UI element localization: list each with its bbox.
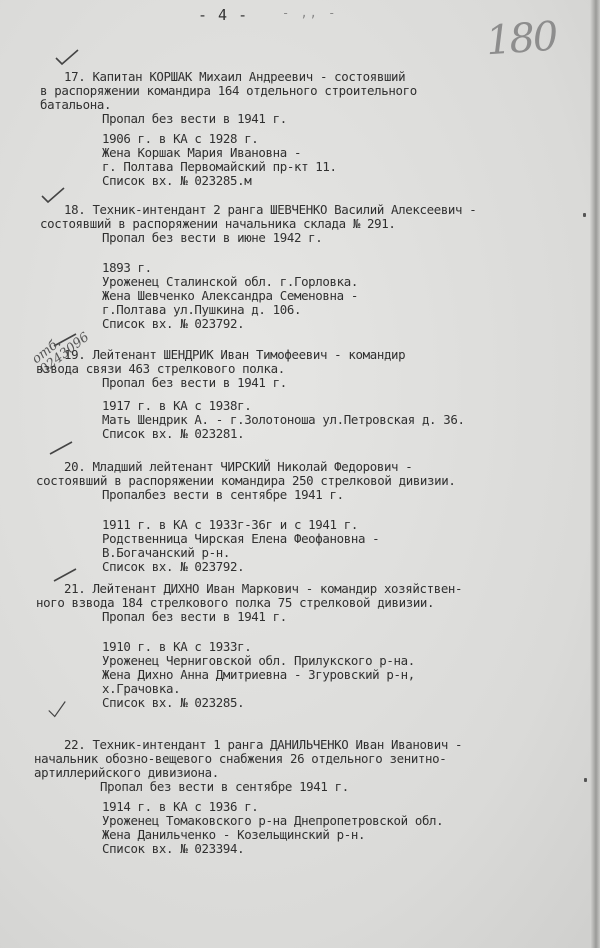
entry-text-line: Пропал без вести в 1941 г. bbox=[102, 112, 287, 126]
entry-detail-line: Список вх. № 023394. bbox=[102, 842, 244, 856]
entry-detail-line: 1917 г. в КА с 1938г. bbox=[102, 399, 251, 413]
entry-heading: 18. Техник-интендант 2 ранга ШЕВЧЕНКО Ва… bbox=[64, 203, 476, 217]
entry-text-line: батальона. bbox=[40, 98, 111, 112]
entry-detail-line: В.Богачанский р-н. bbox=[102, 546, 230, 560]
entry-heading: 19. Лейтенант ШЕНДРИК Иван Тимофеевич - … bbox=[64, 348, 405, 362]
entry-text-line: Пропал без вести в 1941 г. bbox=[102, 376, 287, 390]
entry-text-line: состоявший в распоряжении командира 250 … bbox=[36, 474, 455, 488]
page-number: - 4 - bbox=[198, 6, 248, 24]
entry-detail-line: Список вх. № 023281. bbox=[102, 427, 244, 441]
entry-detail-line: 1914 г. в КА с 1936 г. bbox=[102, 800, 258, 814]
entry-text-line: Пропал без вести в 1941 г. bbox=[102, 610, 287, 624]
entry-text-line: артиллерийского дивизиона. bbox=[34, 766, 219, 780]
entry-heading: 21. Лейтенант ДИХНО Иван Маркович - кома… bbox=[64, 582, 462, 596]
entry-text-line: взвода связи 463 стрелкового полка. bbox=[36, 362, 285, 376]
entry-detail-line: Родственница Чирская Елена Феофановна - bbox=[102, 532, 379, 546]
checkmark-icon bbox=[54, 48, 80, 66]
entry-detail-line: Жена Данильченко - Козельщинский р-н. bbox=[102, 828, 365, 842]
entry-detail-line: Жена Коршак Мария Ивановна - bbox=[102, 146, 301, 160]
entry-text-line: начальник обозно-вещевого снабжения 26 о… bbox=[34, 752, 446, 766]
page-speck bbox=[584, 778, 587, 782]
entry-detail-line: Жена Шевченко Александра Семеновна - bbox=[102, 289, 358, 303]
entry-text-line: Пропал без вести в июне 1942 г. bbox=[102, 231, 322, 245]
entry-detail-line: 1910 г. в КА с 1933г. bbox=[102, 640, 251, 654]
entry-detail-line: 1893 г. bbox=[102, 261, 152, 275]
entry-detail-line: Уроженец Томаковского р-на Днепропетровс… bbox=[102, 814, 443, 828]
handwritten-archive-number: 180 bbox=[484, 14, 557, 65]
checkmark-icon bbox=[44, 700, 70, 718]
entry-detail-line: Жена Дихно Анна Дмитриевна - Згуровский … bbox=[102, 668, 415, 682]
checkmark-icon bbox=[48, 438, 74, 456]
entry-detail-line: х.Грачовка. bbox=[102, 682, 180, 696]
checkmark-icon bbox=[40, 186, 66, 204]
entry-detail-line: 1906 г. в КА с 1928 г. bbox=[102, 132, 258, 146]
entry-heading: 17. Капитан КОРШАК Михаил Андреевич - со… bbox=[64, 70, 405, 84]
entry-detail-line: г.Полтава ул.Пушкина д. 106. bbox=[102, 303, 301, 317]
entry-text-line: в распоряжении командира 164 отдельного … bbox=[40, 84, 417, 98]
entry-text-line: Пропалбез вести в сентябре 1941 г. bbox=[102, 488, 344, 502]
entry-text-line: Пропал без вести в сентябре 1941 г. bbox=[100, 780, 349, 794]
entry-text-line: состоявший в распоряжении начальника скл… bbox=[40, 217, 396, 231]
entry-detail-line: Список вх. № 023285. bbox=[102, 696, 244, 710]
entry-detail-line: Список вх. № 023792. bbox=[102, 560, 244, 574]
page-speck bbox=[583, 213, 586, 217]
entry-heading: 22. Техник-интендант 1 ранга ДАНИЛЬЧЕНКО… bbox=[64, 738, 462, 752]
entry-detail-line: Мать Шендрик А. - г.Золотоноша ул.Петров… bbox=[102, 413, 465, 427]
top-mark: - ,, - bbox=[282, 6, 337, 20]
entry-detail-line: 1911 г. в КА с 1933г-36г и с 1941 г. bbox=[102, 518, 358, 532]
entry-detail-line: Список вх. № 023285.м bbox=[102, 174, 251, 188]
entry-detail-line: Уроженец Сталинской обл. г.Горловка. bbox=[102, 275, 358, 289]
entry-detail-line: Уроженец Черниговской обл. Прилукского р… bbox=[102, 654, 415, 668]
entry-heading: 20. Младший лейтенант ЧИРСКИЙ Николай Фе… bbox=[64, 460, 412, 474]
document-page: - 4 - - ,, - 180 отб. 0243096 17. Капита… bbox=[0, 0, 600, 948]
entry-detail-line: г. Полтава Первомайский пр-кт 11. bbox=[102, 160, 337, 174]
page-edge-shadow bbox=[590, 0, 600, 948]
entry-detail-line: Список вх. № 023792. bbox=[102, 317, 244, 331]
entry-text-line: ного взвода 184 стрелкового полка 75 стр… bbox=[36, 596, 434, 610]
